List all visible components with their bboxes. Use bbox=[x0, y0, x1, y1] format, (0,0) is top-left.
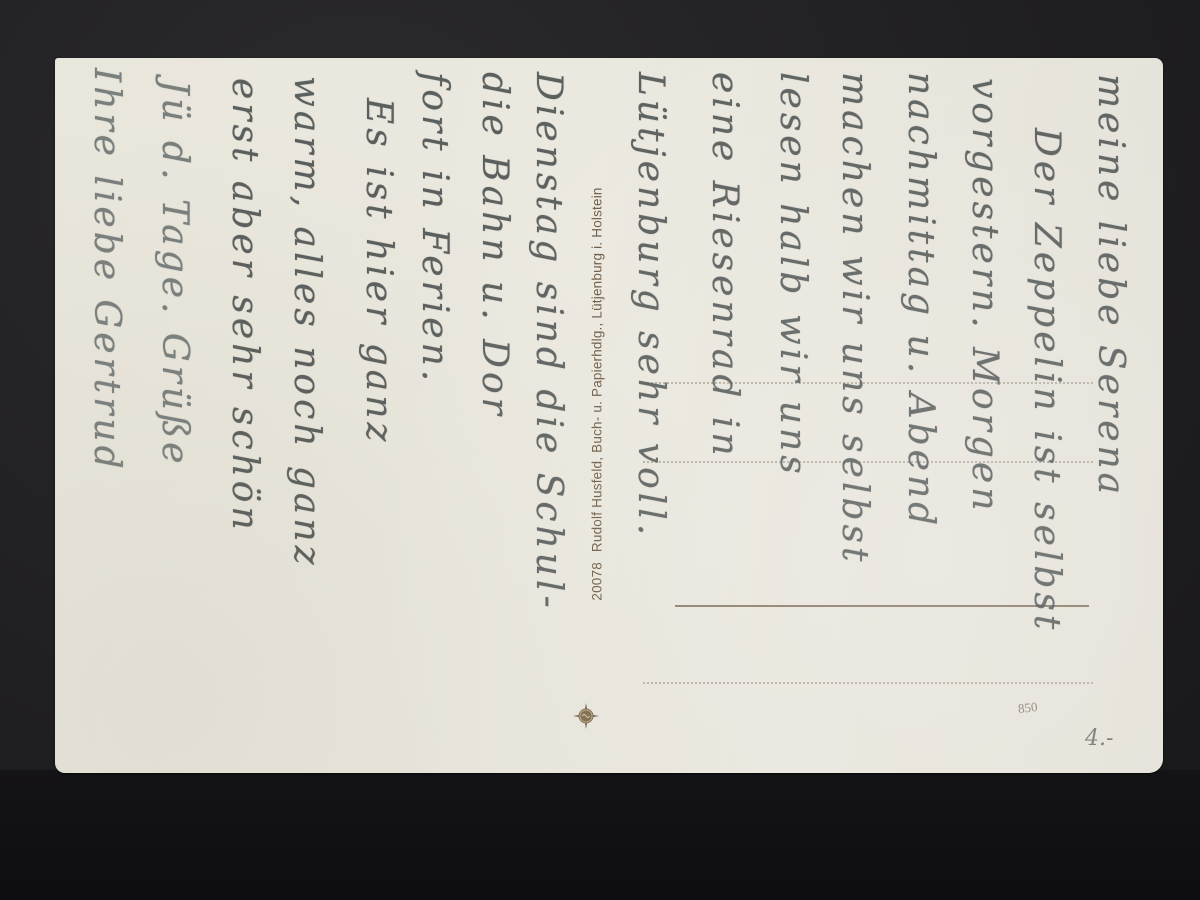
publisher-imprint: 20078Rudolf Husfeld, Buch- u. Papierhdlg… bbox=[577, 74, 617, 714]
handwriting-line: Jü d. Tage. Grüße bbox=[151, 80, 197, 773]
handwriting-line: vorgestern. Morgen bbox=[961, 78, 1007, 773]
handwriting-line: Ihre liebe Gertrud bbox=[83, 68, 129, 768]
handwriting-line: warm, alles noch ganz bbox=[283, 76, 329, 773]
handwriting-line: machen wir uns selbst bbox=[831, 72, 877, 772]
handwriting-line: meine liebe Serena bbox=[1087, 74, 1133, 773]
handwriting-line: nachmittag u. Abend bbox=[897, 72, 943, 772]
handwriting-line: erst aber sehr schön bbox=[221, 78, 267, 773]
handwriting-line: Es ist hier ganz bbox=[355, 98, 401, 773]
handwriting-line: Lütjenburg sehr voll. bbox=[627, 72, 673, 772]
card-number: 850 bbox=[1017, 699, 1038, 717]
publisher-rosette-icon bbox=[573, 703, 599, 729]
handwriting-line: die Bahn u. Dor bbox=[471, 72, 517, 772]
handwriting-line: Der Zeppelin ist selbst bbox=[1023, 128, 1069, 773]
imprint-number: 20078 bbox=[590, 562, 605, 601]
pencil-price-note: 4.- bbox=[1085, 726, 1113, 751]
handwriting-line: fort in Ferien. bbox=[411, 72, 457, 772]
handwriting-line: lesen halb wir uns bbox=[769, 72, 815, 772]
imprint-publisher: Rudolf Husfeld, Buch- u. Papierhdlg., Lü… bbox=[590, 187, 605, 552]
handwriting-line: Dienstag sind die Schul- bbox=[525, 72, 571, 772]
postcard: meine liebe Serena Der Zeppelin ist selb… bbox=[55, 58, 1163, 773]
handwriting-line: eine Riesenrad in bbox=[701, 72, 747, 772]
table-surface-shadow bbox=[0, 770, 1200, 900]
